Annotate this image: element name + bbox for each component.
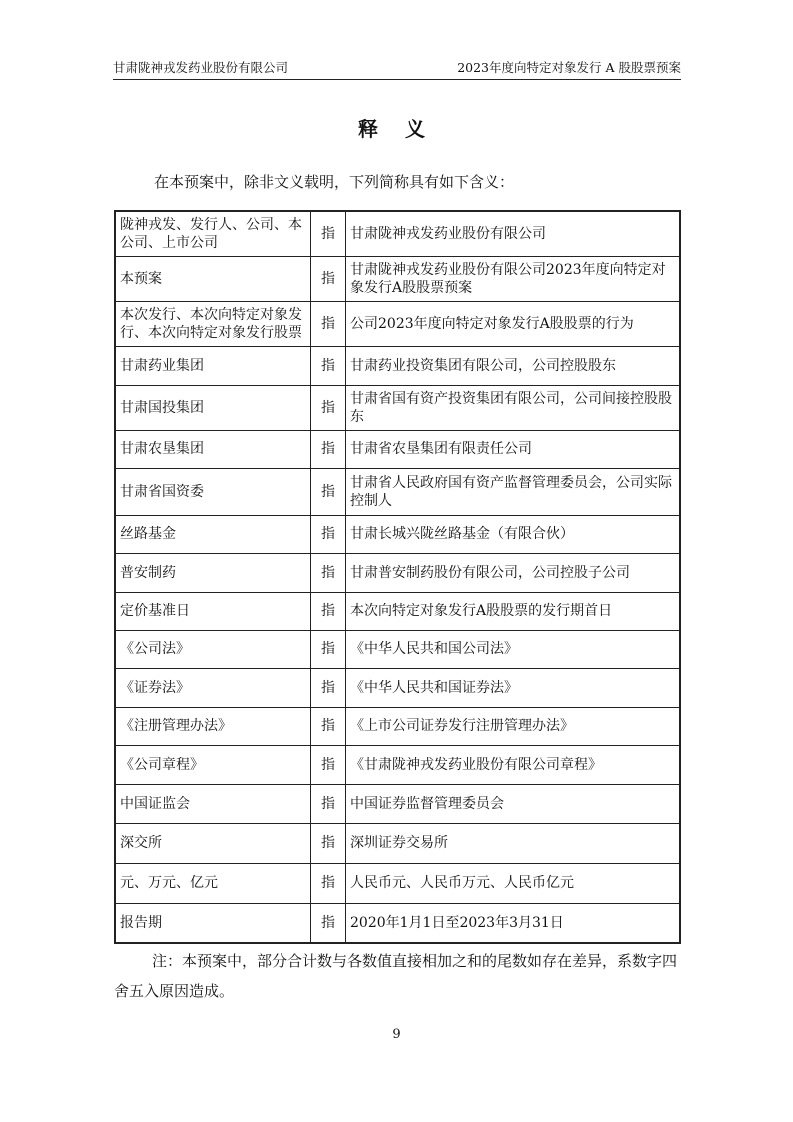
page-header: 甘肃陇神戎发药业股份有限公司 2023年度向特定对象发行 A 股股票预案 (113, 56, 681, 80)
definition-cell: 甘肃省人民政府国有资产监督管理委员会，公司实际控制人 (346, 468, 681, 515)
definition-cell: 甘肃省国有资产投资集团有限公司，公司间接控股股东 (346, 385, 681, 430)
table-row: 中国证监会指中国证券监督管理委员会 (115, 784, 680, 823)
term-cell: 陇神戎发、发行人、公司、本公司、上市公司 (115, 211, 311, 256)
table-row: 元、万元、亿元指人民币元、人民币万元、人民币亿元 (115, 863, 680, 903)
definition-cell: 深圳证券交易所 (346, 823, 681, 863)
table-row: 《公司法》指《中华人民共和国公司法》 (115, 630, 680, 668)
page-title: 释 义 (0, 113, 793, 142)
definition-cell: 甘肃陇神戎发药业股份有限公司2023年度向特定对象发行A股股票预案 (346, 256, 681, 301)
definition-cell: 人民币元、人民币万元、人民币亿元 (346, 863, 681, 903)
intro-text: 在本预案中，除非文义载明，下列简称具有如下含义： (154, 171, 514, 192)
table-row: 定价基准日指本次向特定对象发行A股股票的发行期首日 (115, 592, 680, 630)
table-row: 本次发行、本次向特定对象发行、本次向特定对象发行股票指公司2023年度向特定对象… (115, 301, 680, 346)
mark-cell: 指 (311, 863, 346, 903)
table-row: 甘肃药业集团指甘肃药业投资集团有限公司，公司控股股东 (115, 346, 680, 385)
mark-cell: 指 (311, 903, 346, 943)
definition-cell: 甘肃普安制药股份有限公司，公司控股子公司 (346, 553, 681, 592)
term-cell: 报告期 (115, 903, 311, 943)
definition-cell: 公司2023年度向特定对象发行A股股票的行为 (346, 301, 681, 346)
term-cell: 《注册管理办法》 (115, 707, 311, 745)
term-cell: 深交所 (115, 823, 311, 863)
mark-cell: 指 (311, 468, 346, 515)
term-cell: 《证券法》 (115, 668, 311, 707)
definition-cell: 本次向特定对象发行A股股票的发行期首日 (346, 592, 681, 630)
definition-cell: 甘肃长城兴陇丝路基金（有限合伙） (346, 515, 681, 553)
definition-cell: 甘肃陇神戎发药业股份有限公司 (346, 211, 681, 256)
term-cell: 元、万元、亿元 (115, 863, 311, 903)
definition-cell: 甘肃省农垦集团有限责任公司 (346, 430, 681, 468)
definition-cell: 《甘肃陇神戎发药业股份有限公司章程》 (346, 745, 681, 784)
term-cell: 甘肃省国资委 (115, 468, 311, 515)
definition-cell: 《中华人民共和国证券法》 (346, 668, 681, 707)
table-row: 丝路基金指甘肃长城兴陇丝路基金（有限合伙） (115, 515, 680, 553)
term-cell: 定价基准日 (115, 592, 311, 630)
term-cell: 甘肃国投集团 (115, 385, 311, 430)
mark-cell: 指 (311, 346, 346, 385)
mark-cell: 指 (311, 256, 346, 301)
mark-cell: 指 (311, 515, 346, 553)
table-row: 《注册管理办法》指《上市公司证券发行注册管理办法》 (115, 707, 680, 745)
table-row: 普安制药指甘肃普安制药股份有限公司，公司控股子公司 (115, 553, 680, 592)
mark-cell: 指 (311, 592, 346, 630)
term-cell: 《公司法》 (115, 630, 311, 668)
mark-cell: 指 (311, 745, 346, 784)
mark-cell: 指 (311, 211, 346, 256)
table-row: 报告期指2020年1月1日至2023年3月31日 (115, 903, 680, 943)
table-row: 甘肃国投集团指甘肃省国有资产投资集团有限公司，公司间接控股股东 (115, 385, 680, 430)
mark-cell: 指 (311, 630, 346, 668)
term-cell: 甘肃农垦集团 (115, 430, 311, 468)
definition-cell: 中国证券监督管理委员会 (346, 784, 681, 823)
term-cell: 甘肃药业集团 (115, 346, 311, 385)
definition-cell: 《上市公司证券发行注册管理办法》 (346, 707, 681, 745)
header-company: 甘肃陇神戎发药业股份有限公司 (113, 58, 288, 76)
mark-cell: 指 (311, 823, 346, 863)
term-cell: 本次发行、本次向特定对象发行、本次向特定对象发行股票 (115, 301, 311, 346)
definition-cell: 2020年1月1日至2023年3月31日 (346, 903, 681, 943)
table-row: 甘肃省国资委指甘肃省人民政府国有资产监督管理委员会，公司实际控制人 (115, 468, 680, 515)
definitions-table: 陇神戎发、发行人、公司、本公司、上市公司指甘肃陇神戎发药业股份有限公司本预案指甘… (114, 210, 681, 944)
table-row: 深交所指深圳证券交易所 (115, 823, 680, 863)
page-number: 9 (0, 1027, 793, 1042)
definition-cell: 《中华人民共和国公司法》 (346, 630, 681, 668)
term-cell: 本预案 (115, 256, 311, 301)
definition-cell: 甘肃药业投资集团有限公司，公司控股股东 (346, 346, 681, 385)
table-row: 《公司章程》指《甘肃陇神戎发药业股份有限公司章程》 (115, 745, 680, 784)
mark-cell: 指 (311, 784, 346, 823)
mark-cell: 指 (311, 553, 346, 592)
term-cell: 《公司章程》 (115, 745, 311, 784)
term-cell: 丝路基金 (115, 515, 311, 553)
term-cell: 普安制药 (115, 553, 311, 592)
table-row: 陇神戎发、发行人、公司、本公司、上市公司指甘肃陇神戎发药业股份有限公司 (115, 211, 680, 256)
header-doc-title: 2023年度向特定对象发行 A 股股票预案 (457, 58, 681, 76)
table-row: 《证券法》指《中华人民共和国证券法》 (115, 668, 680, 707)
table-row: 本预案指甘肃陇神戎发药业股份有限公司2023年度向特定对象发行A股股票预案 (115, 256, 680, 301)
mark-cell: 指 (311, 707, 346, 745)
term-cell: 中国证监会 (115, 784, 311, 823)
table-row: 甘肃农垦集团指甘肃省农垦集团有限责任公司 (115, 430, 680, 468)
footnote: 注：本预案中，部分合计数与各数值直接相加之和的尾数如存在差异，系数字四舍五入原因… (114, 946, 681, 1006)
mark-cell: 指 (311, 668, 346, 707)
mark-cell: 指 (311, 385, 346, 430)
mark-cell: 指 (311, 301, 346, 346)
mark-cell: 指 (311, 430, 346, 468)
